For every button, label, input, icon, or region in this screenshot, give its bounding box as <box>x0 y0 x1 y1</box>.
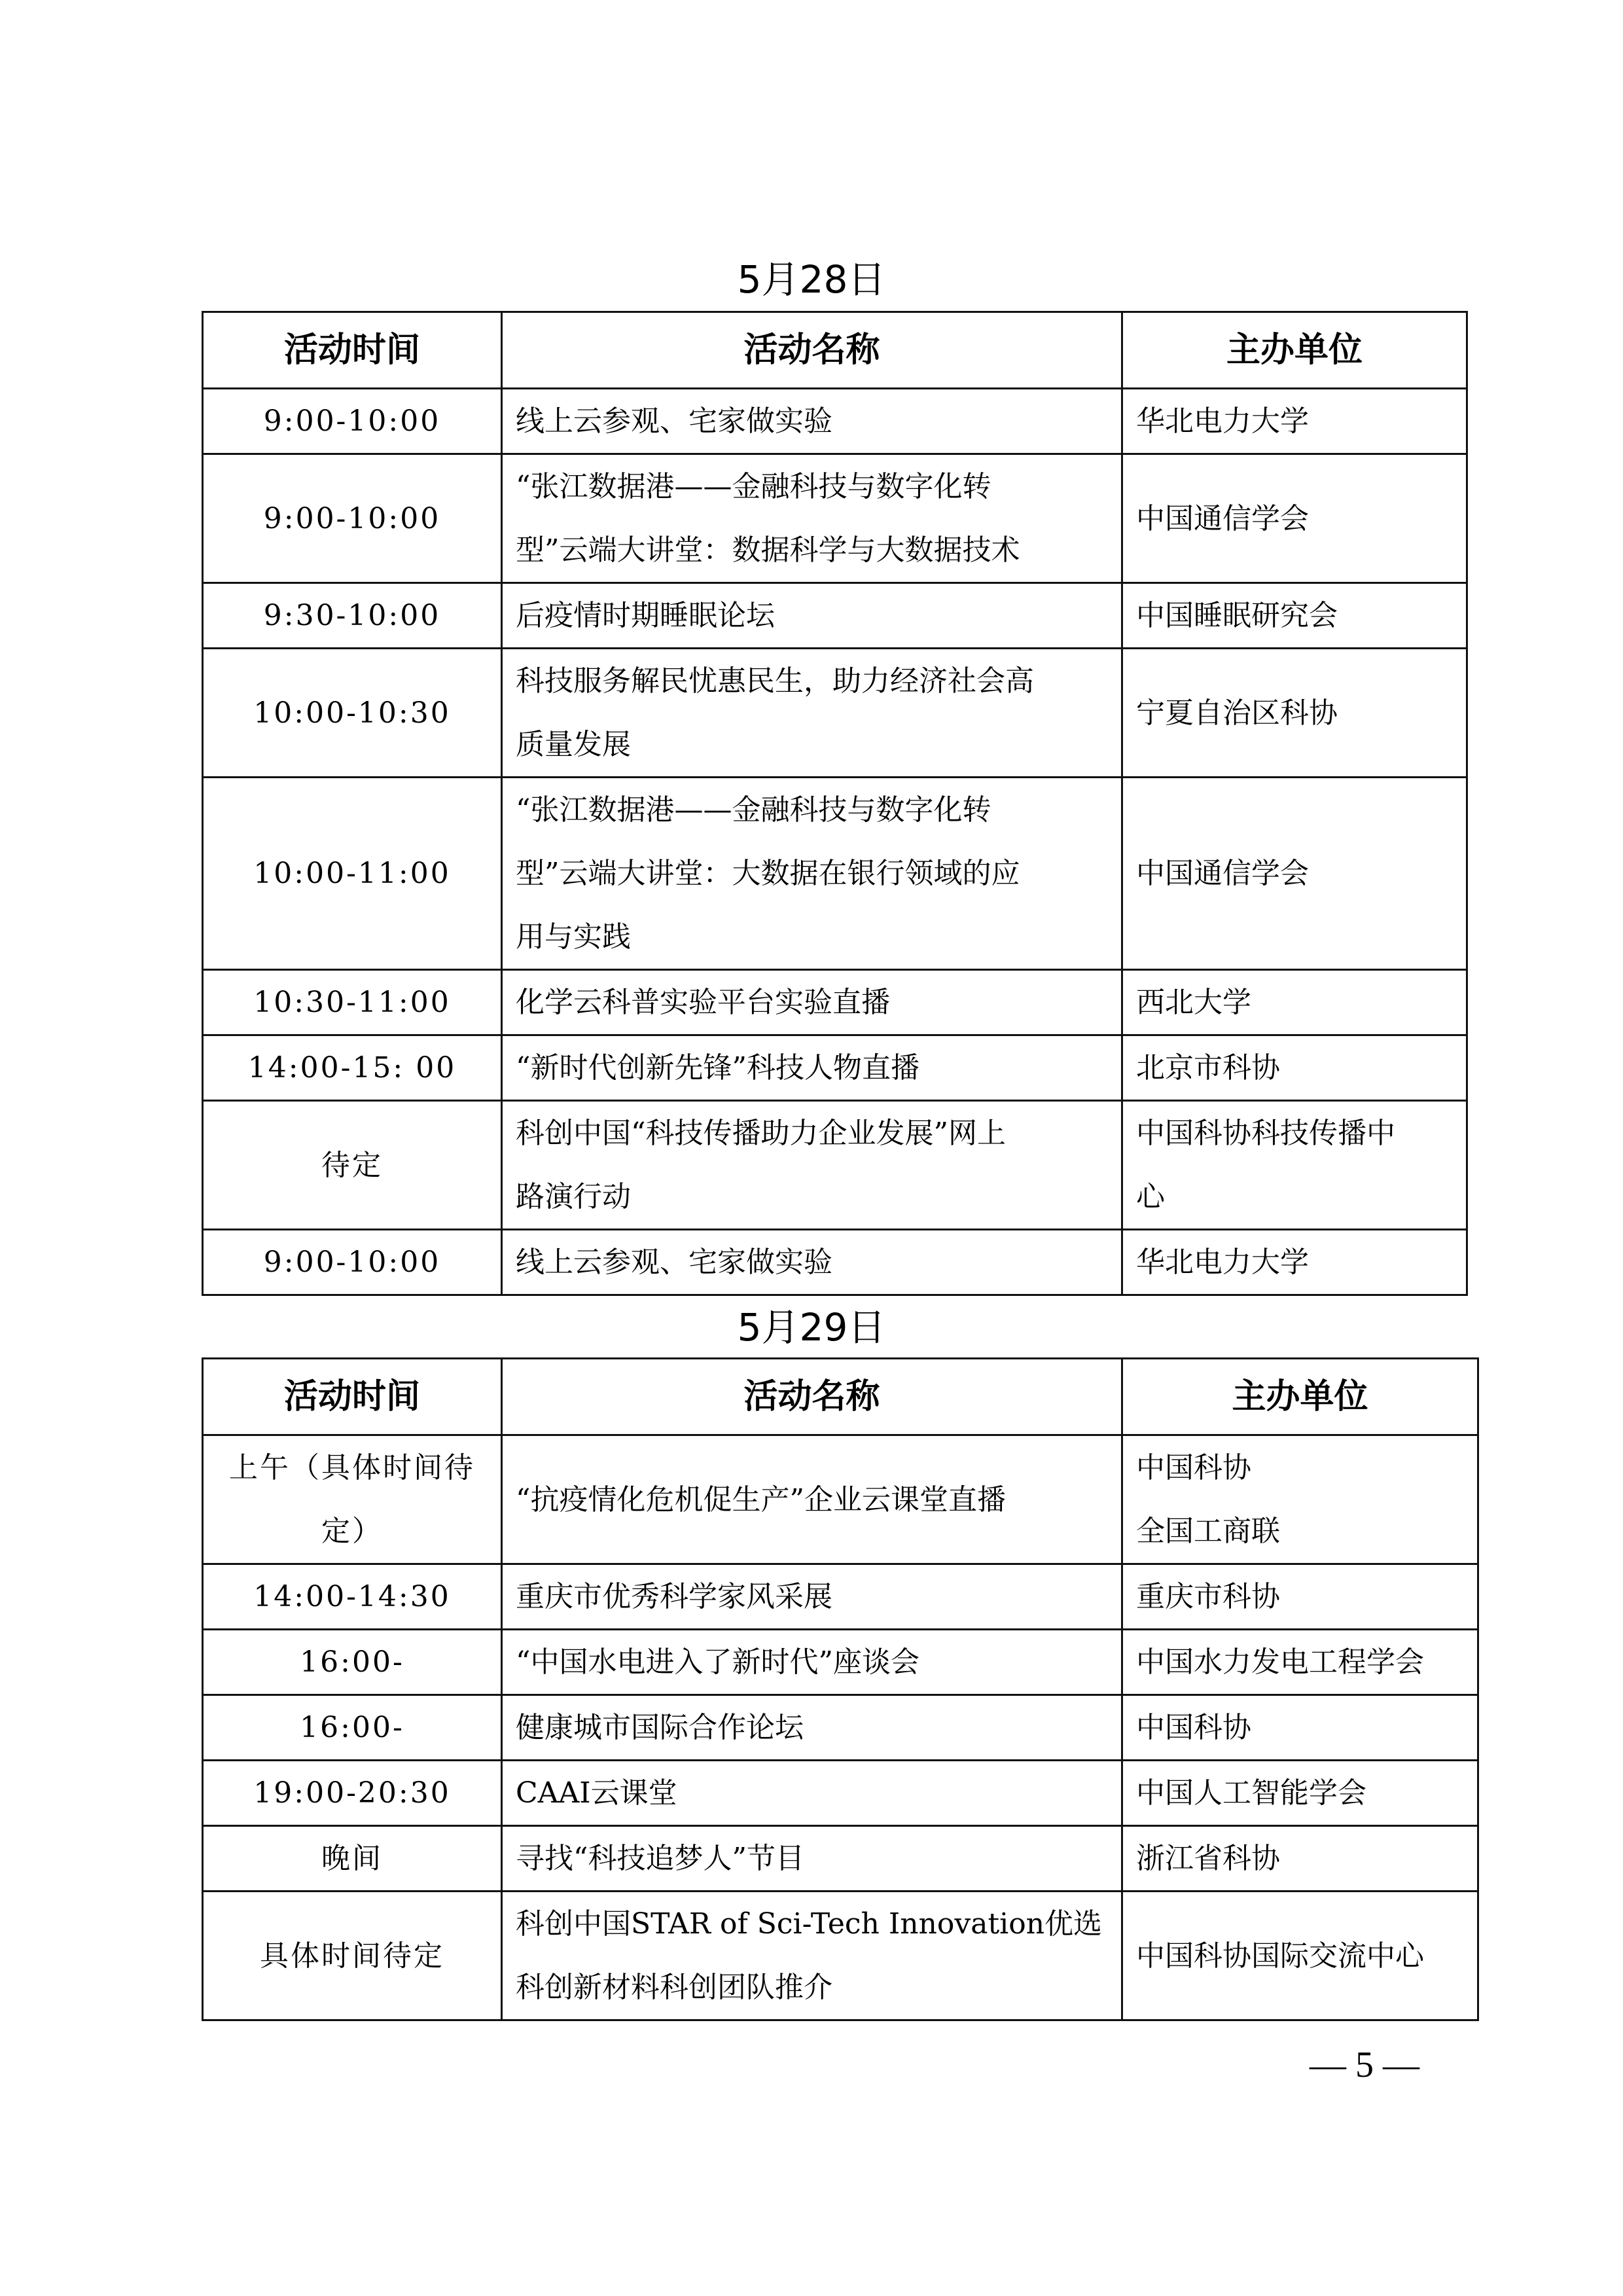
table-row: 9:00-10:00线上云参观、宅家做实验华北电力大学 <box>203 389 1467 454</box>
cell-organizer: 中国科协科技传播中心 <box>1122 1101 1467 1230</box>
cell-time: 9:30-10:00 <box>203 583 502 649</box>
cell-activity-name: “张江数据港——金融科技与数字化转型”云端大讲堂：大数据在银行领域的应用与实践 <box>502 778 1122 970</box>
column-header-organizer: 主办单位 <box>1122 1359 1478 1435</box>
cell-time: 待定 <box>203 1101 502 1230</box>
section-title-may-28: 5月28日 <box>0 257 1623 302</box>
cell-time: 9:00-10:00 <box>203 1230 502 1295</box>
cell-organizer: 中国科协全国工商联 <box>1122 1435 1478 1564</box>
column-header-time: 活动时间 <box>203 312 502 389</box>
cell-time: 10:00-10:30 <box>203 649 502 778</box>
cell-time-line: 10:00-10:30 <box>217 681 488 745</box>
cell-organizer-line: 浙江省科协 <box>1136 1827 1464 1890</box>
cell-activity-name-line: 型”云端大讲堂：数据科学与大数据技术 <box>516 518 1108 582</box>
cell-time: 9:00-10:00 <box>203 389 502 454</box>
cell-time: 16:00- <box>203 1630 502 1695</box>
cell-activity-name-line: 线上云参观、宅家做实验 <box>516 1230 1108 1294</box>
cell-organizer: 北京市科协 <box>1122 1035 1467 1101</box>
cell-activity-name: 科创中国“科技传播助力企业发展”网上路演行动 <box>502 1101 1122 1230</box>
column-header-organizer: 主办单位 <box>1122 312 1467 389</box>
cell-activity-name-line: “新时代创新先锋”科技人物直播 <box>516 1036 1108 1100</box>
cell-activity-name-line: “张江数据港——金融科技与数字化转 <box>516 778 1108 842</box>
table-row: 9:30-10:00后疫情时期睡眠论坛中国睡眠研究会 <box>203 583 1467 649</box>
cell-activity-name-line: 重庆市优秀科学家风采展 <box>516 1565 1108 1628</box>
cell-activity-name: 寻找“科技追梦人”节目 <box>502 1826 1122 1892</box>
cell-time-line: 19:00-20:30 <box>217 1761 488 1825</box>
cell-activity-name-line: 后疫情时期睡眠论坛 <box>516 584 1108 647</box>
cell-time-line: 16:00- <box>217 1630 488 1694</box>
cell-organizer-line: 华北电力大学 <box>1136 389 1453 453</box>
cell-organizer-line: 北京市科协 <box>1136 1036 1453 1100</box>
cell-time-line: 9:00-10:00 <box>217 487 488 550</box>
cell-activity-name: 化学云科普实验平台实验直播 <box>502 970 1122 1035</box>
table-header-row: 活动时间 活动名称 主办单位 <box>203 1359 1478 1435</box>
cell-time-line: 14:00-15: 00 <box>217 1036 488 1100</box>
cell-time-line: 9:00-10:00 <box>217 1230 488 1294</box>
table-row: 具体时间待定科创中国STAR of Sci-Tech Innovation优选科… <box>203 1892 1478 2020</box>
cell-activity-name: 健康城市国际合作论坛 <box>502 1695 1122 1761</box>
cell-activity-name: “中国水电进入了新时代”座谈会 <box>502 1630 1122 1695</box>
cell-organizer: 中国通信学会 <box>1122 778 1467 970</box>
cell-organizer-line: 中国科协 <box>1136 1696 1464 1759</box>
cell-organizer-line: 中国通信学会 <box>1136 842 1453 905</box>
cell-activity-name-line: 线上云参观、宅家做实验 <box>516 389 1108 453</box>
cell-time-line: 14:00-14:30 <box>217 1565 488 1628</box>
cell-activity-name: “抗疫情化危机促生产”企业云课堂直播 <box>502 1435 1122 1564</box>
table-row: 10:30-11:00化学云科普实验平台实验直播西北大学 <box>203 970 1467 1035</box>
cell-organizer: 中国人工智能学会 <box>1122 1761 1478 1826</box>
cell-activity-name: “新时代创新先锋”科技人物直播 <box>502 1035 1122 1101</box>
cell-organizer: 华北电力大学 <box>1122 389 1467 454</box>
cell-activity-name: 科创中国STAR of Sci-Tech Innovation优选科创新材料科创… <box>502 1892 1122 2020</box>
cell-organizer-line: 中国人工智能学会 <box>1136 1761 1464 1825</box>
column-header-activity: 活动名称 <box>502 312 1122 389</box>
cell-organizer: 宁夏自治区科协 <box>1122 649 1467 778</box>
cell-activity-name-line: “中国水电进入了新时代”座谈会 <box>516 1630 1108 1694</box>
cell-activity-name-line: CAAI云课堂 <box>516 1761 1108 1825</box>
table-row: 16:00-健康城市国际合作论坛中国科协 <box>203 1695 1478 1761</box>
cell-activity-name: 线上云参观、宅家做实验 <box>502 1230 1122 1295</box>
cell-organizer: 重庆市科协 <box>1122 1564 1478 1630</box>
cell-activity-name: 重庆市优秀科学家风采展 <box>502 1564 1122 1630</box>
cell-organizer-line: 宁夏自治区科协 <box>1136 681 1453 745</box>
cell-activity-name-line: “抗疫情化危机促生产”企业云课堂直播 <box>516 1468 1108 1532</box>
table-body: 上午（具体时间待定）“抗疫情化危机促生产”企业云课堂直播中国科协全国工商联14:… <box>203 1435 1478 2020</box>
cell-time: 14:00-14:30 <box>203 1564 502 1630</box>
cell-time: 10:30-11:00 <box>203 970 502 1035</box>
schedule-table-may-29: 活动时间 活动名称 主办单位 上午（具体时间待定）“抗疫情化危机促生产”企业云课… <box>202 1357 1479 2021</box>
cell-time-line: 16:00- <box>217 1696 488 1759</box>
cell-organizer-line: 华北电力大学 <box>1136 1230 1453 1294</box>
cell-activity-name-line: 化学云科普实验平台实验直播 <box>516 971 1108 1034</box>
cell-activity-name-line: 科创中国“科技传播助力企业发展”网上 <box>516 1102 1108 1165</box>
table-row: 晚间寻找“科技追梦人”节目浙江省科协 <box>203 1826 1478 1892</box>
cell-time: 19:00-20:30 <box>203 1761 502 1826</box>
cell-activity-name-line: 寻找“科技追梦人”节目 <box>516 1827 1108 1890</box>
cell-time-line: 晚间 <box>217 1827 488 1890</box>
cell-organizer: 中国科协国际交流中心 <box>1122 1892 1478 2020</box>
cell-organizer: 西北大学 <box>1122 970 1467 1035</box>
cell-activity-name-line: 健康城市国际合作论坛 <box>516 1696 1108 1759</box>
cell-time-line: 9:30-10:00 <box>217 584 488 647</box>
cell-time-line: 10:30-11:00 <box>217 971 488 1034</box>
cell-organizer: 浙江省科协 <box>1122 1826 1478 1892</box>
cell-time: 10:00-11:00 <box>203 778 502 970</box>
cell-time-line: 具体时间待定 <box>217 1924 488 1988</box>
cell-activity-name-line: 路演行动 <box>516 1165 1108 1229</box>
schedule-table-may-28: 活动时间 活动名称 主办单位 9:00-10:00线上云参观、宅家做实验华北电力… <box>202 311 1468 1296</box>
cell-organizer-line: 中国水力发电工程学会 <box>1136 1630 1464 1694</box>
cell-activity-name-line: 科技服务解民忧惠民生，助力经济社会高 <box>516 649 1108 713</box>
section-title-may-29: 5月29日 <box>0 1304 1623 1350</box>
cell-organizer-line: 中国通信学会 <box>1136 487 1453 550</box>
table-body: 9:00-10:00线上云参观、宅家做实验华北电力大学9:00-10:00“张江… <box>203 389 1467 1295</box>
cell-time: 上午（具体时间待定） <box>203 1435 502 1564</box>
cell-time-line: 待定 <box>217 1134 488 1197</box>
cell-organizer-line: 中国睡眠研究会 <box>1136 584 1453 647</box>
table-row: 上午（具体时间待定）“抗疫情化危机促生产”企业云课堂直播中国科协全国工商联 <box>203 1435 1478 1564</box>
cell-time: 16:00- <box>203 1695 502 1761</box>
cell-organizer-line: 中国科协科技传播中 <box>1136 1102 1453 1165</box>
cell-organizer: 中国水力发电工程学会 <box>1122 1630 1478 1695</box>
cell-activity-name: CAAI云课堂 <box>502 1761 1122 1826</box>
table-row: 16:00-“中国水电进入了新时代”座谈会中国水力发电工程学会 <box>203 1630 1478 1695</box>
table-row: 19:00-20:30CAAI云课堂中国人工智能学会 <box>203 1761 1478 1826</box>
cell-time-line: 9:00-10:00 <box>217 389 488 453</box>
cell-activity-name-line: 型”云端大讲堂：大数据在银行领域的应 <box>516 842 1108 905</box>
cell-organizer-line: 西北大学 <box>1136 971 1453 1034</box>
cell-activity-name-line: “张江数据港——金融科技与数字化转 <box>516 455 1108 518</box>
cell-organizer: 华北电力大学 <box>1122 1230 1467 1295</box>
table-row: 14:00-15: 00“新时代创新先锋”科技人物直播北京市科协 <box>203 1035 1467 1101</box>
cell-organizer-line: 中国科协国际交流中心 <box>1136 1924 1464 1988</box>
cell-activity-name-line: 科创新材料科创团队推介 <box>516 1956 1108 2019</box>
cell-activity-name-line: 质量发展 <box>516 713 1108 776</box>
table-header-row: 活动时间 活动名称 主办单位 <box>203 312 1467 389</box>
cell-activity-name: 后疫情时期睡眠论坛 <box>502 583 1122 649</box>
cell-time: 具体时间待定 <box>203 1892 502 2020</box>
table-row: 9:00-10:00“张江数据港——金融科技与数字化转型”云端大讲堂：数据科学与… <box>203 454 1467 583</box>
cell-time-line: 定） <box>217 1499 488 1563</box>
cell-organizer: 中国通信学会 <box>1122 454 1467 583</box>
page-number: — 5 — <box>1306 2042 1423 2088</box>
cell-organizer-line: 心 <box>1136 1165 1453 1229</box>
cell-organizer: 中国科协 <box>1122 1695 1478 1761</box>
cell-time: 14:00-15: 00 <box>203 1035 502 1101</box>
cell-time: 9:00-10:00 <box>203 454 502 583</box>
column-header-time: 活动时间 <box>203 1359 502 1435</box>
table-row: 9:00-10:00线上云参观、宅家做实验华北电力大学 <box>203 1230 1467 1295</box>
table-row: 待定科创中国“科技传播助力企业发展”网上路演行动中国科协科技传播中心 <box>203 1101 1467 1230</box>
cell-activity-name-line: 科创中国STAR of Sci-Tech Innovation优选 <box>516 1892 1108 1956</box>
cell-time-line: 上午（具体时间待 <box>217 1436 488 1499</box>
cell-organizer-line: 全国工商联 <box>1136 1499 1464 1563</box>
cell-activity-name: 科技服务解民忧惠民生，助力经济社会高质量发展 <box>502 649 1122 778</box>
cell-activity-name: “张江数据港——金融科技与数字化转型”云端大讲堂：数据科学与大数据技术 <box>502 454 1122 583</box>
cell-organizer-line: 中国科协 <box>1136 1436 1464 1499</box>
cell-activity-name-line: 用与实践 <box>516 905 1108 969</box>
cell-time: 晚间 <box>203 1826 502 1892</box>
cell-organizer: 中国睡眠研究会 <box>1122 583 1467 649</box>
column-header-activity: 活动名称 <box>502 1359 1122 1435</box>
table-row: 10:00-11:00“张江数据港——金融科技与数字化转型”云端大讲堂：大数据在… <box>203 778 1467 970</box>
table-row: 10:00-10:30科技服务解民忧惠民生，助力经济社会高质量发展宁夏自治区科协 <box>203 649 1467 778</box>
cell-activity-name: 线上云参观、宅家做实验 <box>502 389 1122 454</box>
document-page: 5月28日 活动时间 活动名称 主办单位 9:00-10:00线上云参观、宅家做… <box>0 0 1623 2296</box>
table-row: 14:00-14:30重庆市优秀科学家风采展重庆市科协 <box>203 1564 1478 1630</box>
cell-organizer-line: 重庆市科协 <box>1136 1565 1464 1628</box>
cell-time-line: 10:00-11:00 <box>217 842 488 905</box>
